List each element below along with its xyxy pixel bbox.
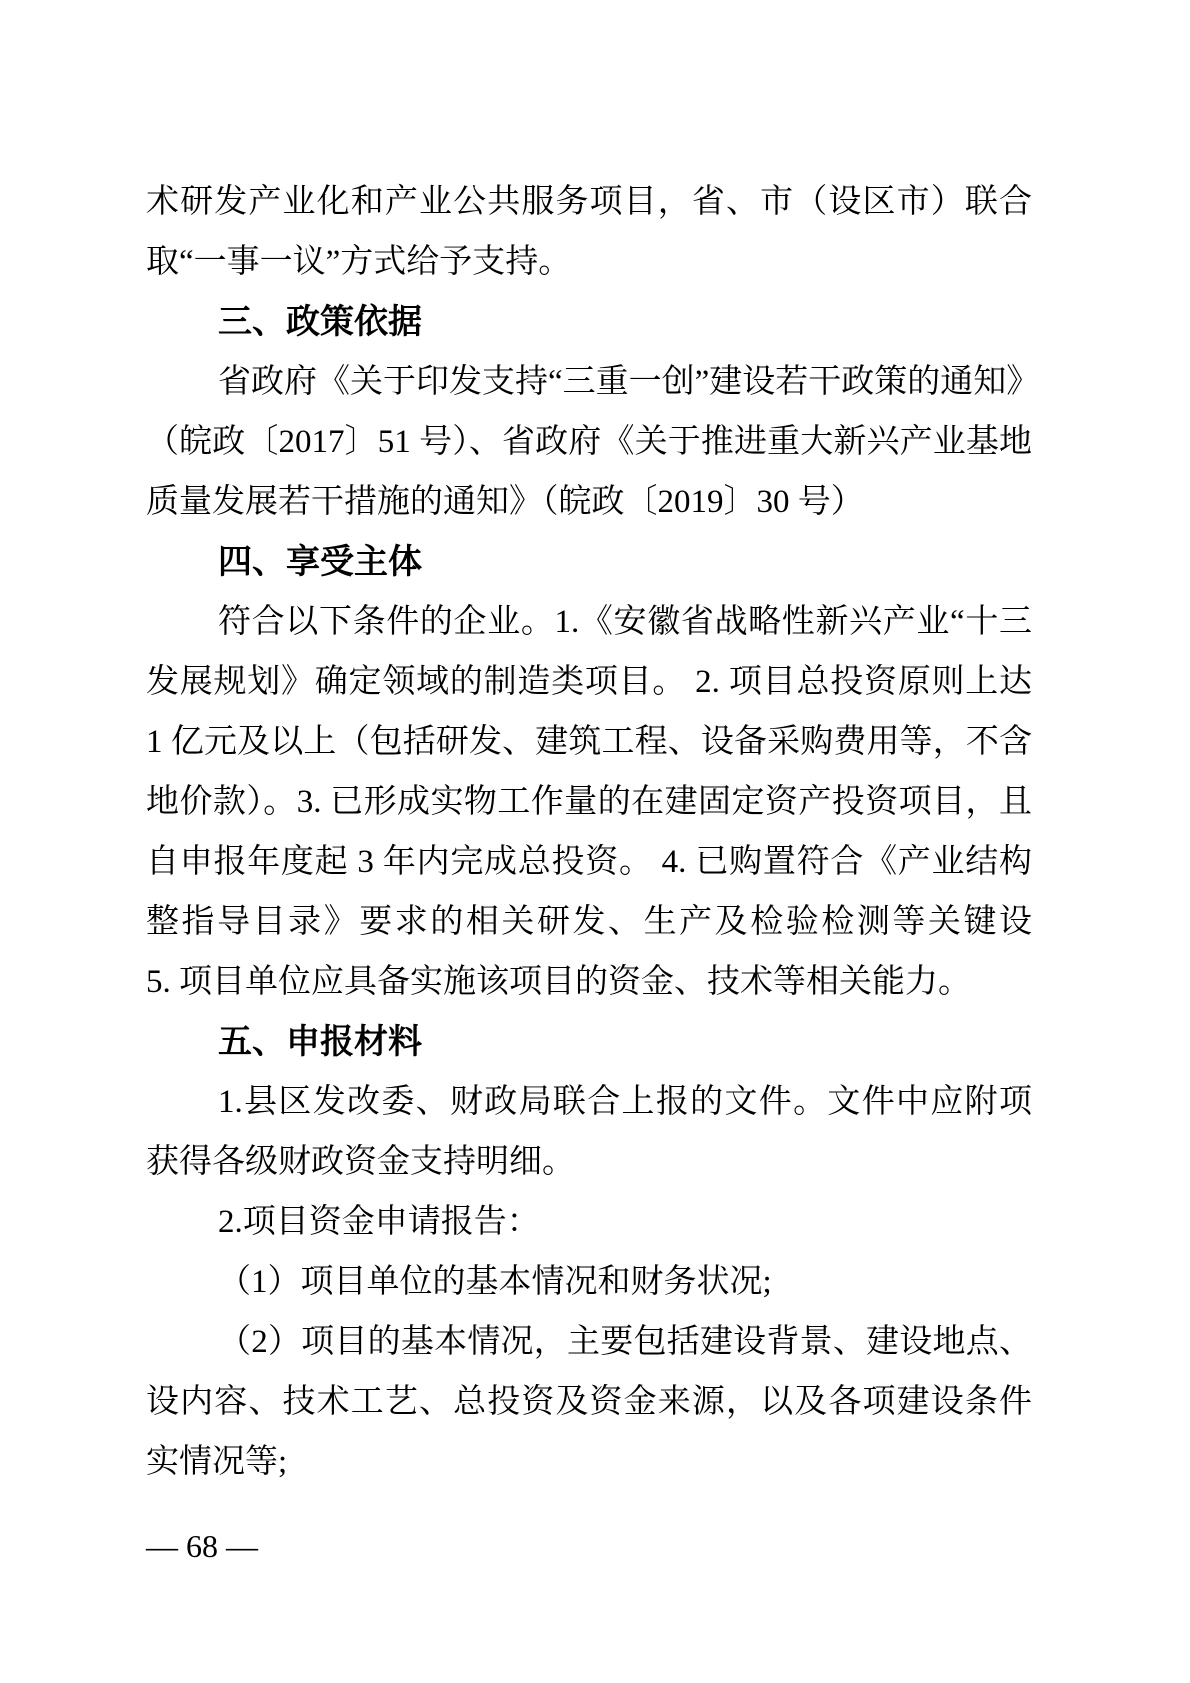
- text-line: 1.县区发改委、财政局联合上报的文件。文件中应附项目曾: [146, 1072, 1032, 1132]
- section-heading-application-materials: 五、申报材料: [146, 1012, 1032, 1072]
- text-line: 2.项目资金申请报告：: [146, 1192, 1032, 1252]
- text-line: 获得各级财政资金支持明细。: [146, 1132, 1032, 1192]
- text-line: （2）项目的基本情况，主要包括建设背景、建设地点、建: [146, 1312, 1032, 1372]
- text-line: 取“一事一议”方式给予支持。: [146, 232, 1032, 292]
- text-line: 发展规划》确定领域的制造类项目。 2. 项目总投资原则上达到: [146, 652, 1032, 712]
- section-heading-policy-basis: 三、政策依据: [146, 292, 1032, 352]
- text-line: 整指导目录》要求的相关研发、生产及检验检测等关键设备。: [146, 892, 1032, 952]
- text-line: 地价款）。3. 已形成实物工作量的在建固定资产投资项目，且须: [146, 772, 1032, 832]
- text-line: 设内容、技术工艺、总投资及资金来源，以及各项建设条件落: [146, 1372, 1032, 1432]
- document-body: 术研发产业化和产业公共服务项目，省、市（设区市）联合采 取“一事一议”方式给予支…: [146, 172, 1032, 1492]
- text-line: 实情况等;: [146, 1432, 1032, 1492]
- text-line: （皖政〔2017〕51 号）、省政府《关于推进重大新兴产业基地高: [146, 412, 1032, 472]
- text-line: 自申报年度起 3 年内完成总投资。 4. 已购置符合《产业结构调: [146, 832, 1032, 892]
- text-line: 5. 项目单位应具备实施该项目的资金、技术等相关能力。: [146, 952, 1032, 1012]
- document-page: 术研发产业化和产业公共服务项目，省、市（设区市）联合采 取“一事一议”方式给予支…: [0, 0, 1190, 1683]
- page-number: — 68 —: [146, 1516, 258, 1576]
- text-line: 1 亿元及以上（包括研发、建筑工程、设备采购费用等，不含土: [146, 712, 1032, 772]
- section-heading-eligible-entities: 四、享受主体: [146, 532, 1032, 592]
- text-line: 符合以下条件的企业。1.《安徽省战略性新兴产业“十三五”: [146, 592, 1032, 652]
- text-line: 省政府《关于印发支持“三重一创”建设若干政策的通知》: [146, 352, 1032, 412]
- text-line: 质量发展若干措施的通知》（皖政〔2019〕30 号）: [146, 472, 1032, 532]
- text-line: （1）项目单位的基本情况和财务状况;: [146, 1252, 1032, 1312]
- text-line: 术研发产业化和产业公共服务项目，省、市（设区市）联合采: [146, 172, 1032, 232]
